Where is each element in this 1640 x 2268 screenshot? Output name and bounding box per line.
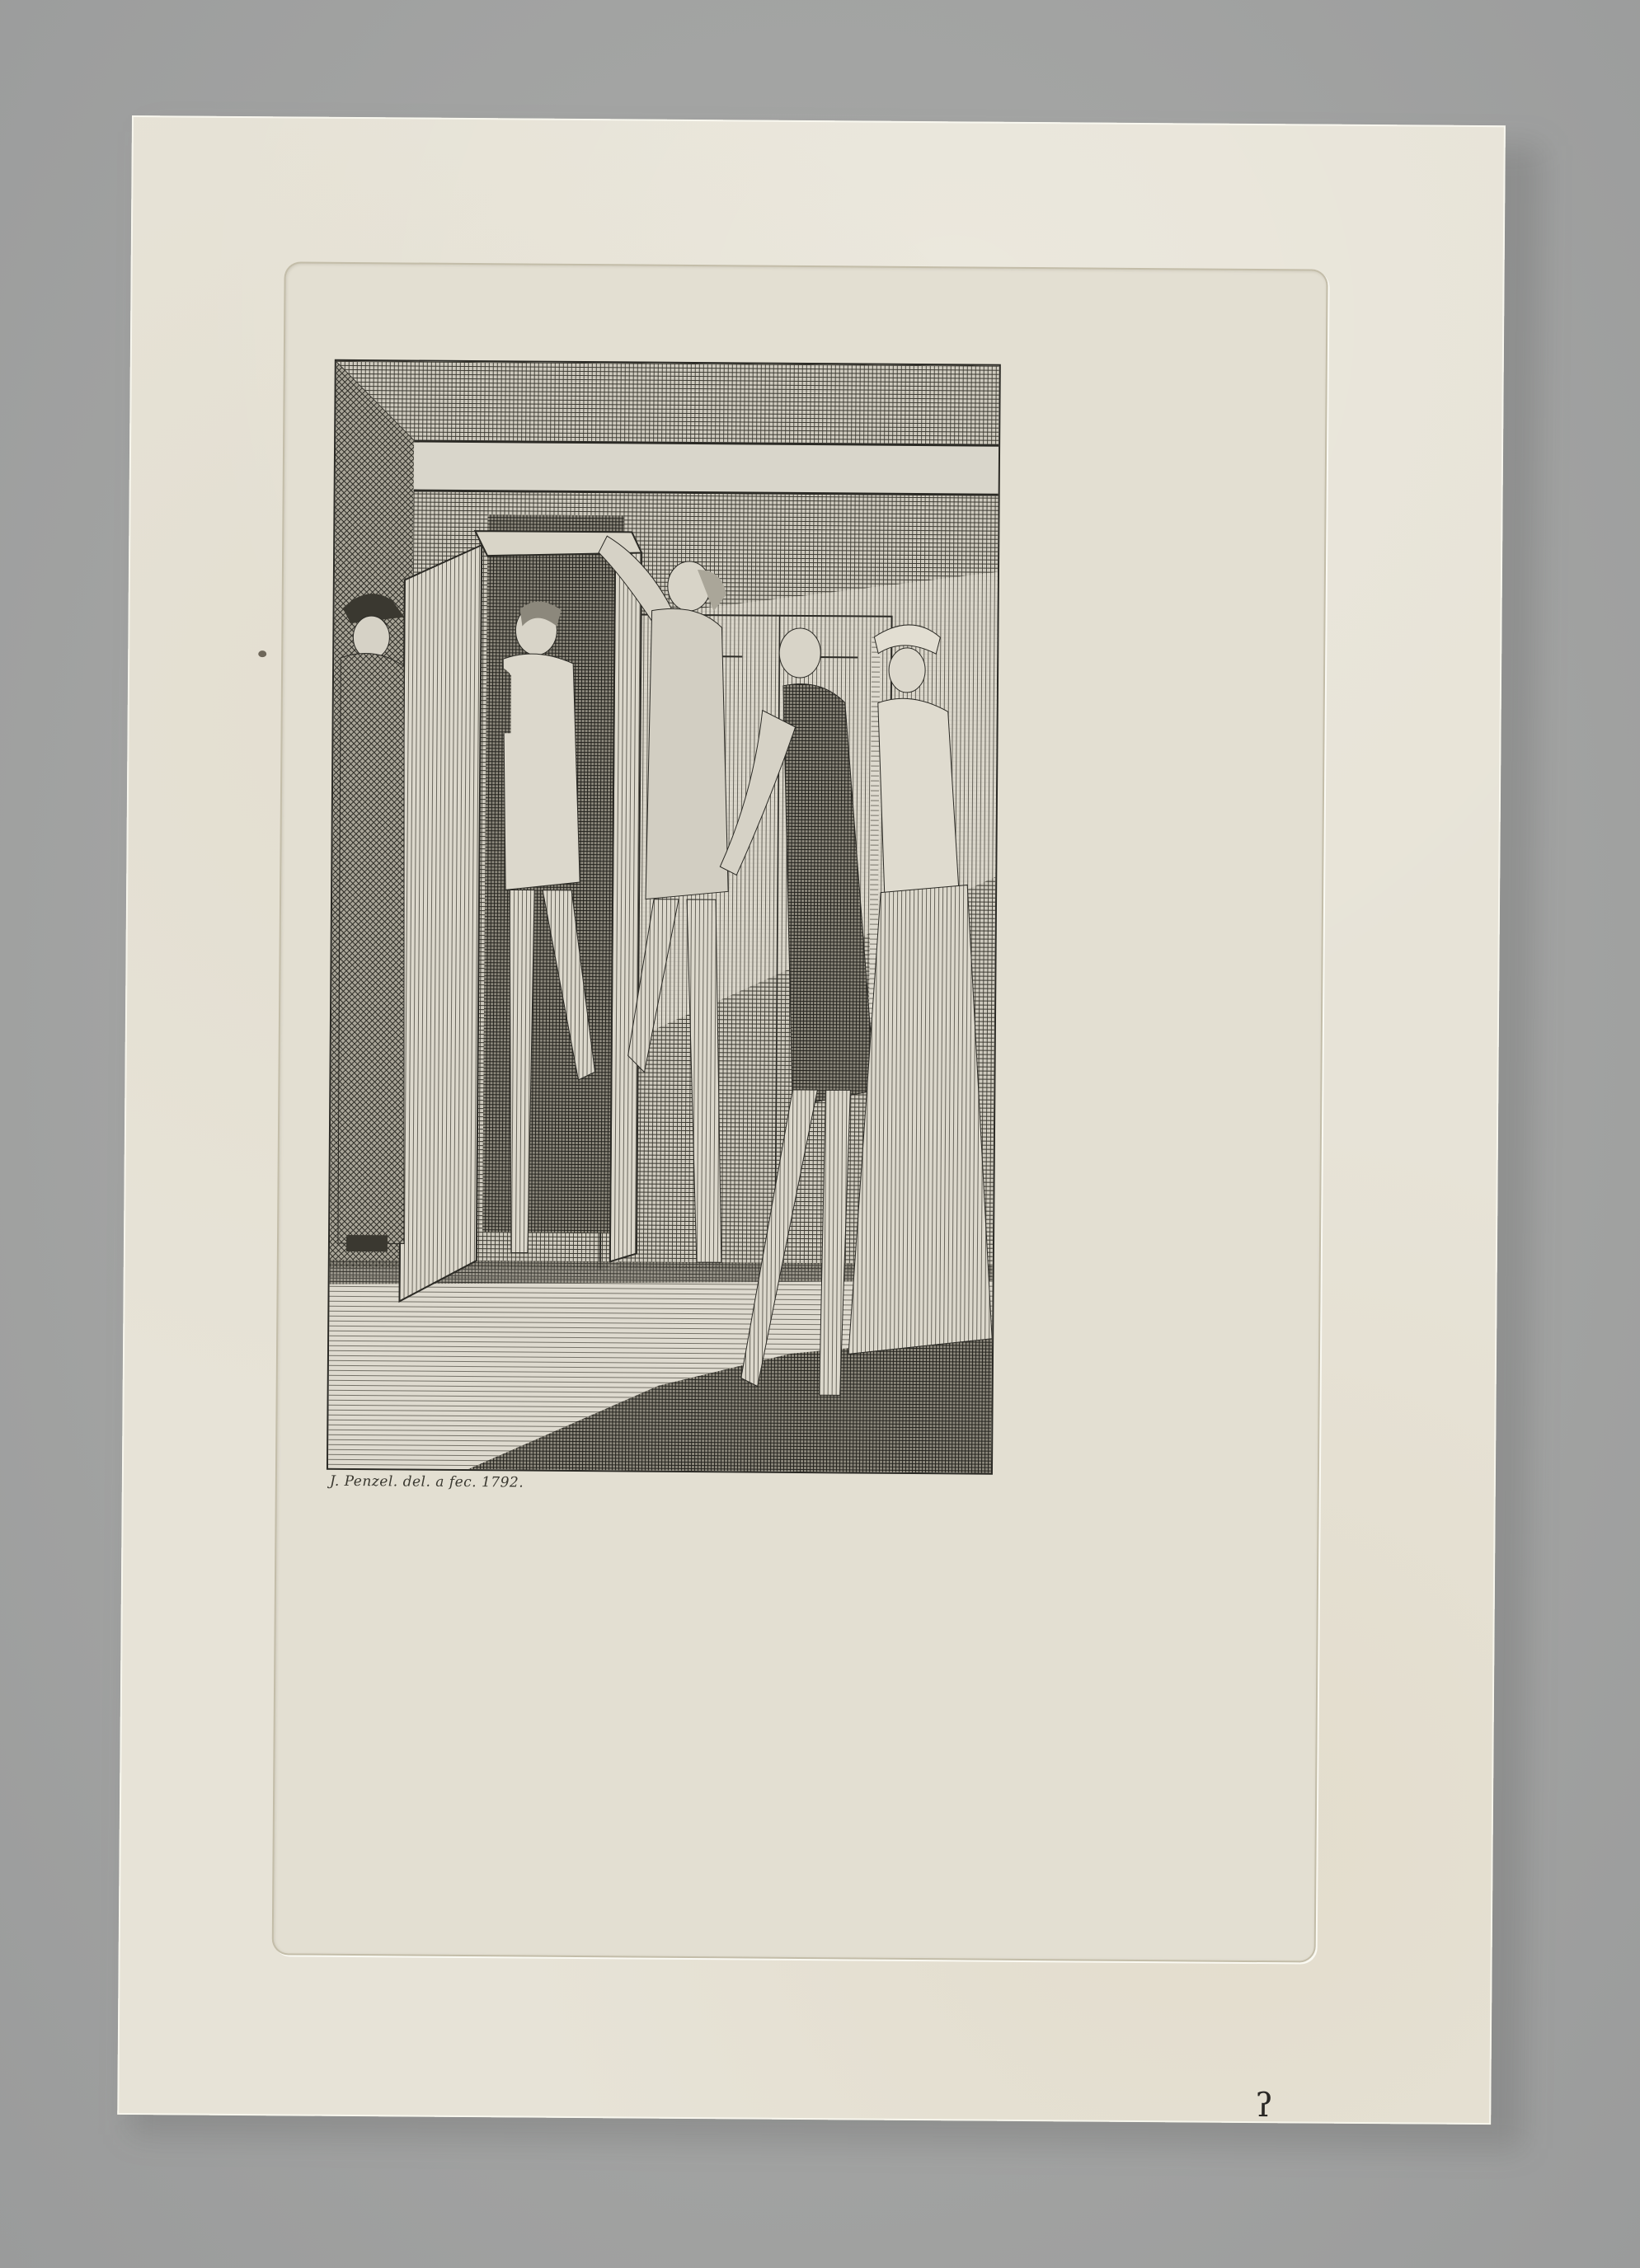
figure-man-tricorn bbox=[336, 594, 409, 1252]
engraving-scene bbox=[328, 361, 999, 1473]
foxing-spot bbox=[258, 650, 266, 657]
edge-ink-mark: ʔ bbox=[1255, 2089, 1273, 2122]
artist-inscription: J. Penzel. del. a fec. 1792. bbox=[330, 1473, 524, 1491]
engraving-image bbox=[327, 359, 1001, 1475]
cabinet-door bbox=[399, 544, 482, 1302]
ceiling bbox=[336, 361, 999, 444]
paper-sheet: J. Penzel. del. a fec. 1792. ʔ bbox=[117, 115, 1506, 2125]
